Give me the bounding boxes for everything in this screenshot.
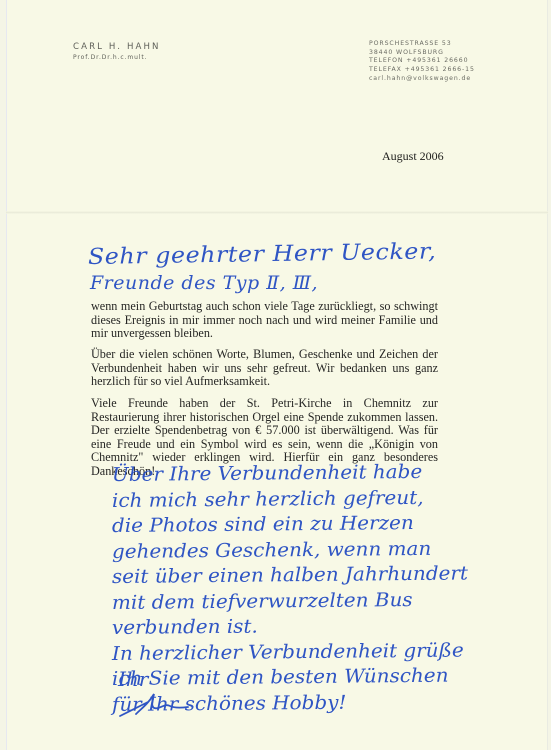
handwritten-line: verbunden ist. — [112, 612, 468, 641]
signature-scribble — [118, 690, 208, 720]
address-fax: TELEFAX +495361 2666-15 — [369, 66, 475, 75]
handwritten-line: ich mich sehr herzlich gefreut, — [112, 485, 468, 514]
handwritten-line: die Photos sind ein zu Herzen — [112, 510, 468, 539]
handwritten-line: mit dem tiefverwurzelten Bus — [112, 587, 468, 616]
handwritten-note: Über Ihre Verbundenheit habe ich mich se… — [112, 463, 451, 718]
paragraph-thanks: Über die vielen schönen Worte, Blumen, G… — [91, 348, 438, 389]
address-email: carl.hahn@volkswagen.de — [369, 75, 475, 84]
handwritten-line: In herzlicher Verbundenheit grüße — [112, 638, 468, 667]
address-city: 38440 WOLFSBURG — [369, 49, 475, 58]
letterhead-address: PORSCHESTRASSE 53 38440 WOLFSBURG TELEFO… — [369, 40, 475, 84]
handwritten-closing: Ihr — [118, 667, 148, 691]
handwritten-line: Über Ihre Verbundenheit habe — [112, 459, 468, 488]
letterhead-sender: CARL H. HAHN Prof.Dr.Dr.h.c.mult. — [73, 41, 161, 61]
letter-date: August 2006 — [382, 149, 444, 164]
handwritten-line: gehendes Geschenk, wenn man — [112, 536, 468, 565]
paragraph-birthday: wenn mein Geburtstag auch schon viele Ta… — [91, 300, 438, 341]
address-street: PORSCHESTRASSE 53 — [369, 40, 475, 49]
paper-fold-line — [6, 211, 548, 214]
sender-title: Prof.Dr.Dr.h.c.mult. — [73, 54, 161, 61]
handwritten-line: ich Sie mit den besten Wünschen — [112, 663, 468, 692]
handwritten-line: seit über einen halben Jahrhundert — [112, 561, 468, 590]
address-phone: TELEFON +495361 26660 — [369, 57, 475, 66]
sender-name: CARL H. HAHN — [73, 41, 161, 53]
handwritten-salutation-line-2: Freunde des Typ Ⅱ, Ⅲ, — [90, 272, 318, 294]
